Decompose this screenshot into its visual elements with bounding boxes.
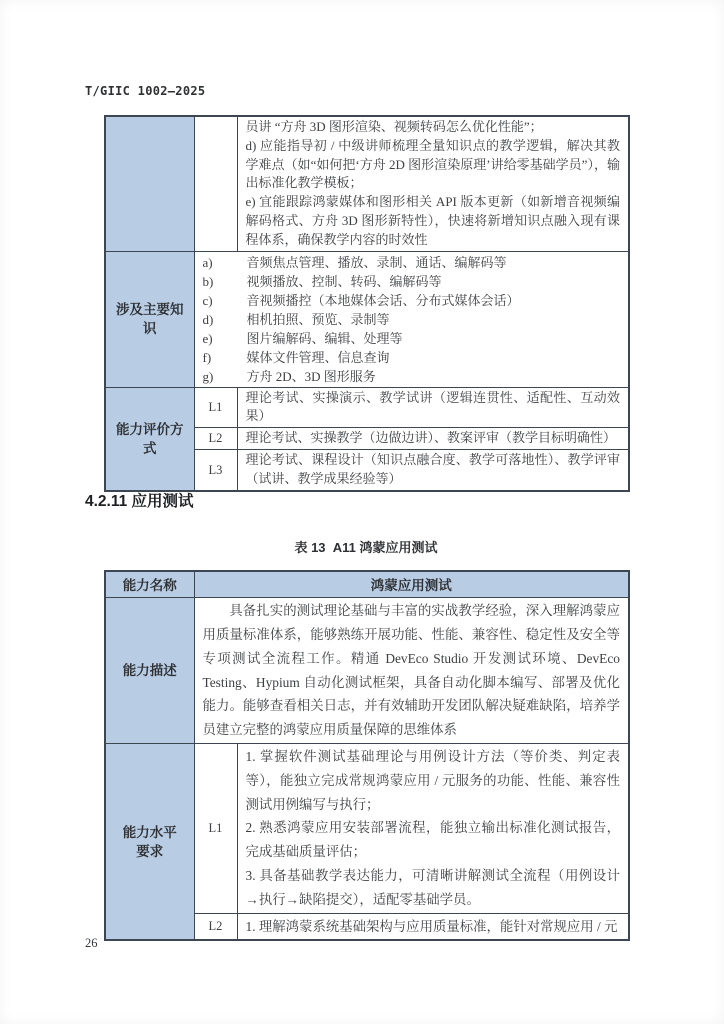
description-label-cell: 能力描述 [105, 598, 194, 744]
table-row: 涉及主要知识 a)音频焦点管理、播放、录制、通话、编解码等 b)视频播放、控制、… [105, 251, 629, 387]
capability-table-continued: 员讲 “方舟 3D 图形渲染、视频转码怎么优化性能”； d) 应能指导初 / 中… [104, 115, 630, 492]
list-item: a)音频焦点管理、播放、录制、通话、编解码等 [203, 253, 621, 272]
description-cell: 具备扎实的测试理论基础与丰富的实战教学经验，深入理解鸿蒙应用质量标准体系，能够熟… [194, 598, 629, 744]
continuation-line: e) 宜能跟踪鸿蒙媒体和图形相关 API 版本更新（如新增音视频编解码格式、方舟… [246, 193, 621, 249]
table-caption: 表 13 A11 鸿蒙应用测试 [104, 537, 628, 556]
description-label: 能力描述 [107, 661, 193, 680]
table-header-row: 能力名称 鸿蒙应用测试 [105, 571, 629, 598]
knowledge-list-cell: a)音频焦点管理、播放、录制、通话、编解码等 b)视频播放、控制、转码、编解码等… [194, 251, 629, 387]
knowledge-label-cell: 涉及主要知识 [105, 251, 194, 387]
continuation-line: 员讲 “方舟 3D 图形渲染、视频转码怎么优化性能”； [246, 118, 621, 137]
description-text: 具备扎实的测试理论基础与丰富的实战教学经验，深入理解鸿蒙应用质量标准体系，能够熟… [203, 599, 621, 742]
continuation-text-cell: 员讲 “方舟 3D 图形渲染、视频转码怎么优化性能”； d) 应能指导初 / 中… [237, 116, 629, 251]
list-marker: c) [203, 291, 247, 310]
continuation-line: d) 应能指导初 / 中级讲师梳理全量知识点的教学逻辑，解决其教学难点（如“如何… [246, 137, 621, 193]
requirement-item: 3. 具备基础教学表达能力，可清晰讲解测试全流程（用例设计→执行→缺陷提交），适… [246, 864, 621, 912]
requirement-items-cell: 1. 理解鸿蒙系统基础架构与应用质量标准，能针对常规应用 / 元 [237, 913, 629, 940]
list-text: 视频播放、控制、转码、编解码等 [247, 272, 621, 291]
list-text: 相机拍照、预览、录制等 [247, 310, 621, 329]
evaluation-label-cell: 能力评价方式 [105, 387, 194, 491]
list-marker: d) [203, 310, 247, 329]
table-row: 员讲 “方舟 3D 图形渲染、视频转码怎么优化性能”； d) 应能指导初 / 中… [105, 116, 629, 251]
list-item: d)相机拍照、预览、录制等 [203, 310, 621, 329]
level-cell: L2 [194, 428, 237, 450]
evaluation-label: 能力评价方式 [115, 420, 185, 458]
list-text: 图片编解码、编辑、处理等 [247, 329, 621, 348]
capability-table-app-testing: 能力名称 鸿蒙应用测试 能力描述 具备扎实的测试理论基础与丰富的实战教学经验，深… [104, 570, 630, 941]
requirement-item: 1. 理解鸿蒙系统基础架构与应用质量标准，能针对常规应用 / 元 [246, 915, 621, 939]
list-marker: e) [203, 329, 247, 348]
name-label: 能力名称 [123, 578, 177, 593]
doc-code: T/GIIC 1002—2025 [85, 84, 205, 98]
list-text: 媒体文件管理、信息查询 [247, 348, 621, 367]
list-marker: a) [203, 253, 247, 272]
requirement-item: 1. 掌握软件测试基础理论与用例设计方法（等价类、判定表等），能独立完成常规鸿蒙… [246, 745, 621, 816]
list-item: f)媒体文件管理、信息查询 [203, 348, 621, 367]
level-cell: L2 [194, 913, 237, 940]
table-row: 能力评价方式 L1 理论考试、实操演示、教学试讲（逻辑连贯性、适配性、互动效果） [105, 387, 629, 428]
list-item: e)图片编解码、编辑、处理等 [203, 329, 621, 348]
requirement-items-cell: 1. 掌握软件测试基础理论与用例设计方法（等价类、判定表等），能独立完成常规鸿蒙… [237, 744, 629, 914]
level-cell: L1 [194, 387, 237, 428]
list-text: 音视频播控（本地媒体会话、分布式媒体会话） [247, 291, 621, 310]
list-text: 方舟 2D、3D 图形服务 [247, 367, 621, 386]
name-label-cell: 能力名称 [105, 571, 194, 598]
evaluation-text: 理论考试、实操演示、教学试讲（逻辑连贯性、适配性、互动效果） [237, 387, 629, 428]
document-page: T/GIIC 1002—2025 员讲 “方舟 3D 图形渲染、视频转码怎么优化… [0, 0, 724, 1024]
list-marker: f) [203, 348, 247, 367]
list-item: g)方舟 2D、3D 图形服务 [203, 367, 621, 386]
name-value: 鸿蒙应用测试 [371, 578, 452, 593]
row-label-cell-empty [105, 116, 194, 251]
requirement-label: 能力水平要求 [121, 823, 179, 861]
evaluation-text: 理论考试、实操教学（边做边讲）、教案评审（教学目标明确性） [237, 428, 629, 450]
list-item: c)音视频播控（本地媒体会话、分布式媒体会话） [203, 291, 621, 310]
knowledge-label: 涉及主要知识 [115, 300, 185, 338]
table-row: 能力水平要求 L1 1. 掌握软件测试基础理论与用例设计方法（等价类、判定表等）… [105, 744, 629, 914]
requirement-label-cell: 能力水平要求 [105, 744, 194, 941]
section-heading: 4.2.11 应用测试 [85, 489, 194, 511]
list-text: 音频焦点管理、播放、录制、通话、编解码等 [247, 253, 621, 272]
evaluation-text: 理论考试、课程设计（知识点融合度、教学可落地性）、教学评审（试讲、教学成果经验等… [237, 450, 629, 492]
list-marker: b) [203, 272, 247, 291]
level-cell-empty [194, 116, 237, 251]
page-number: 26 [85, 936, 98, 951]
table-row: 能力描述 具备扎实的测试理论基础与丰富的实战教学经验，深入理解鸿蒙应用质量标准体… [105, 598, 629, 744]
list-item: b)视频播放、控制、转码、编解码等 [203, 272, 621, 291]
level-cell: L3 [194, 450, 237, 492]
requirement-item: 2. 熟悉鸿蒙应用安装部署流程，能独立输出标准化测试报告，完成基础质量评估； [246, 816, 621, 864]
name-value-cell: 鸿蒙应用测试 [194, 571, 629, 598]
level-cell: L1 [194, 744, 237, 914]
list-marker: g) [203, 367, 247, 386]
